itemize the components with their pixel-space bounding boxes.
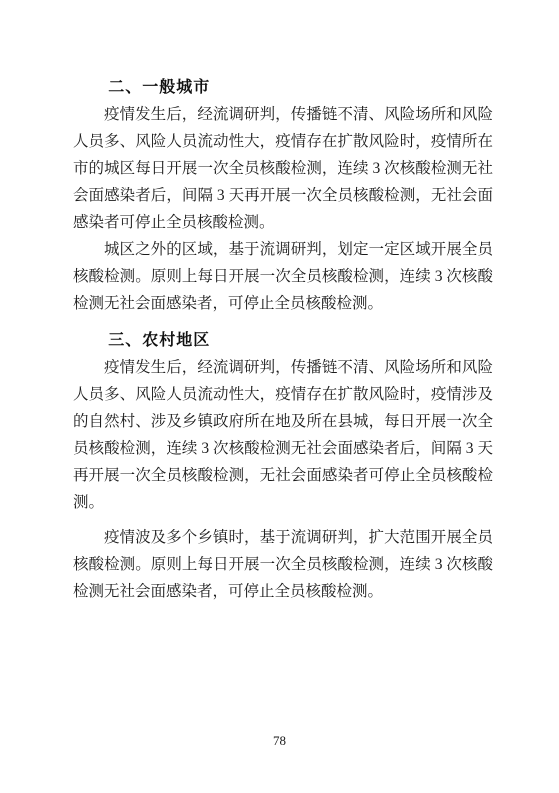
paragraph-general-city-1: 疫情发生后，经流调研判，传播链不清、风险场所和风险人员多、风险人员流动性大，疫情… xyxy=(73,101,493,236)
paragraph-rural-area-1: 疫情发生后，经流调研判，传播链不清、风险场所和风险人员多、风险人员流动性大，疫情… xyxy=(73,354,493,516)
paragraph-rural-area-2: 疫情波及多个乡镇时，基于流调研判，扩大范围开展全员核酸检测。原则上每日开展一次全… xyxy=(73,524,493,605)
document-content: 二、一般城市 疫情发生后，经流调研判，传播链不清、风险场所和风险人员多、风险人员… xyxy=(73,74,493,605)
section-heading-rural-area: 三、农村地区 xyxy=(73,327,493,354)
document-page: 二、一般城市 疫情发生后，经流调研判，传播链不清、风险场所和风险人员多、风险人员… xyxy=(0,0,559,793)
paragraph-general-city-2: 城区之外的区域，基于流调研判，划定一定区域开展全员核酸检测。原则上每日开展一次全… xyxy=(73,236,493,317)
page-number: 78 xyxy=(0,733,559,749)
section-heading-general-city: 二、一般城市 xyxy=(73,74,493,101)
